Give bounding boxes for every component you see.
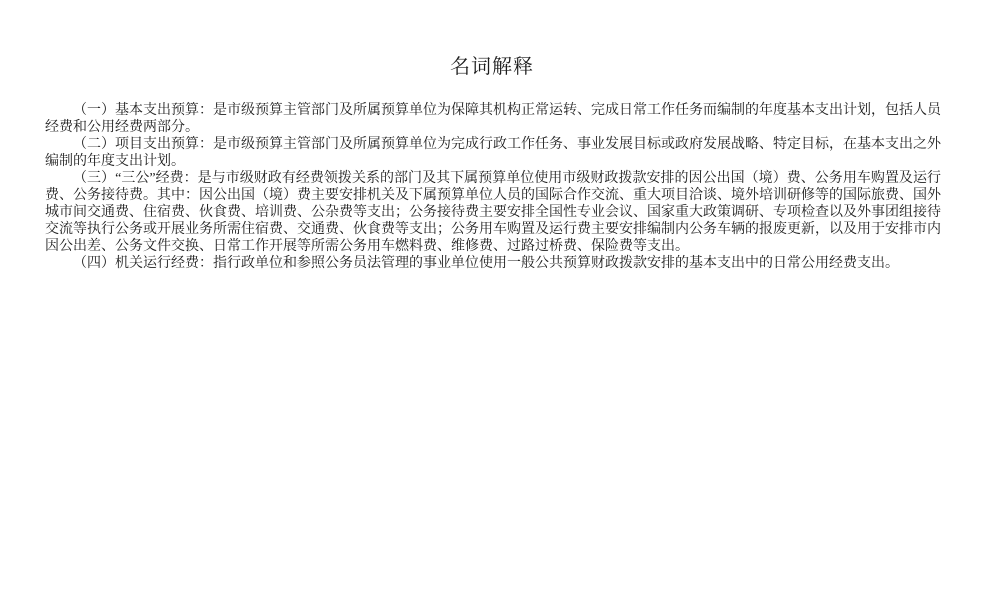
paragraph-basic-expenditure-budget: （一）基本支出预算：是市级预算主管部门及所属预算单位为保障其机构正常运转、完成日… <box>45 102 941 136</box>
document-body: （一）基本支出预算：是市级预算主管部门及所属预算单位为保障其机构正常运转、完成日… <box>0 102 984 272</box>
paragraph-three-public-funds: （三）“三公”经费：是与市级财政有经费领拨关系的部门及其下属预算单位使用市级财政… <box>45 170 941 255</box>
paragraph-agency-operating-funds: （四）机关运行经费：指行政单位和参照公务员法管理的事业单位使用一般公共预算财政拨… <box>45 255 941 272</box>
page-title: 名词解释 <box>0 56 984 78</box>
paragraph-project-expenditure-budget: （二）项目支出预算：是市级预算主管部门及所属预算单位为完成行政工作任务、事业发展… <box>45 136 941 170</box>
document-page: 名词解释 （一）基本支出预算：是市级预算主管部门及所属预算单位为保障其机构正常运… <box>0 0 984 614</box>
